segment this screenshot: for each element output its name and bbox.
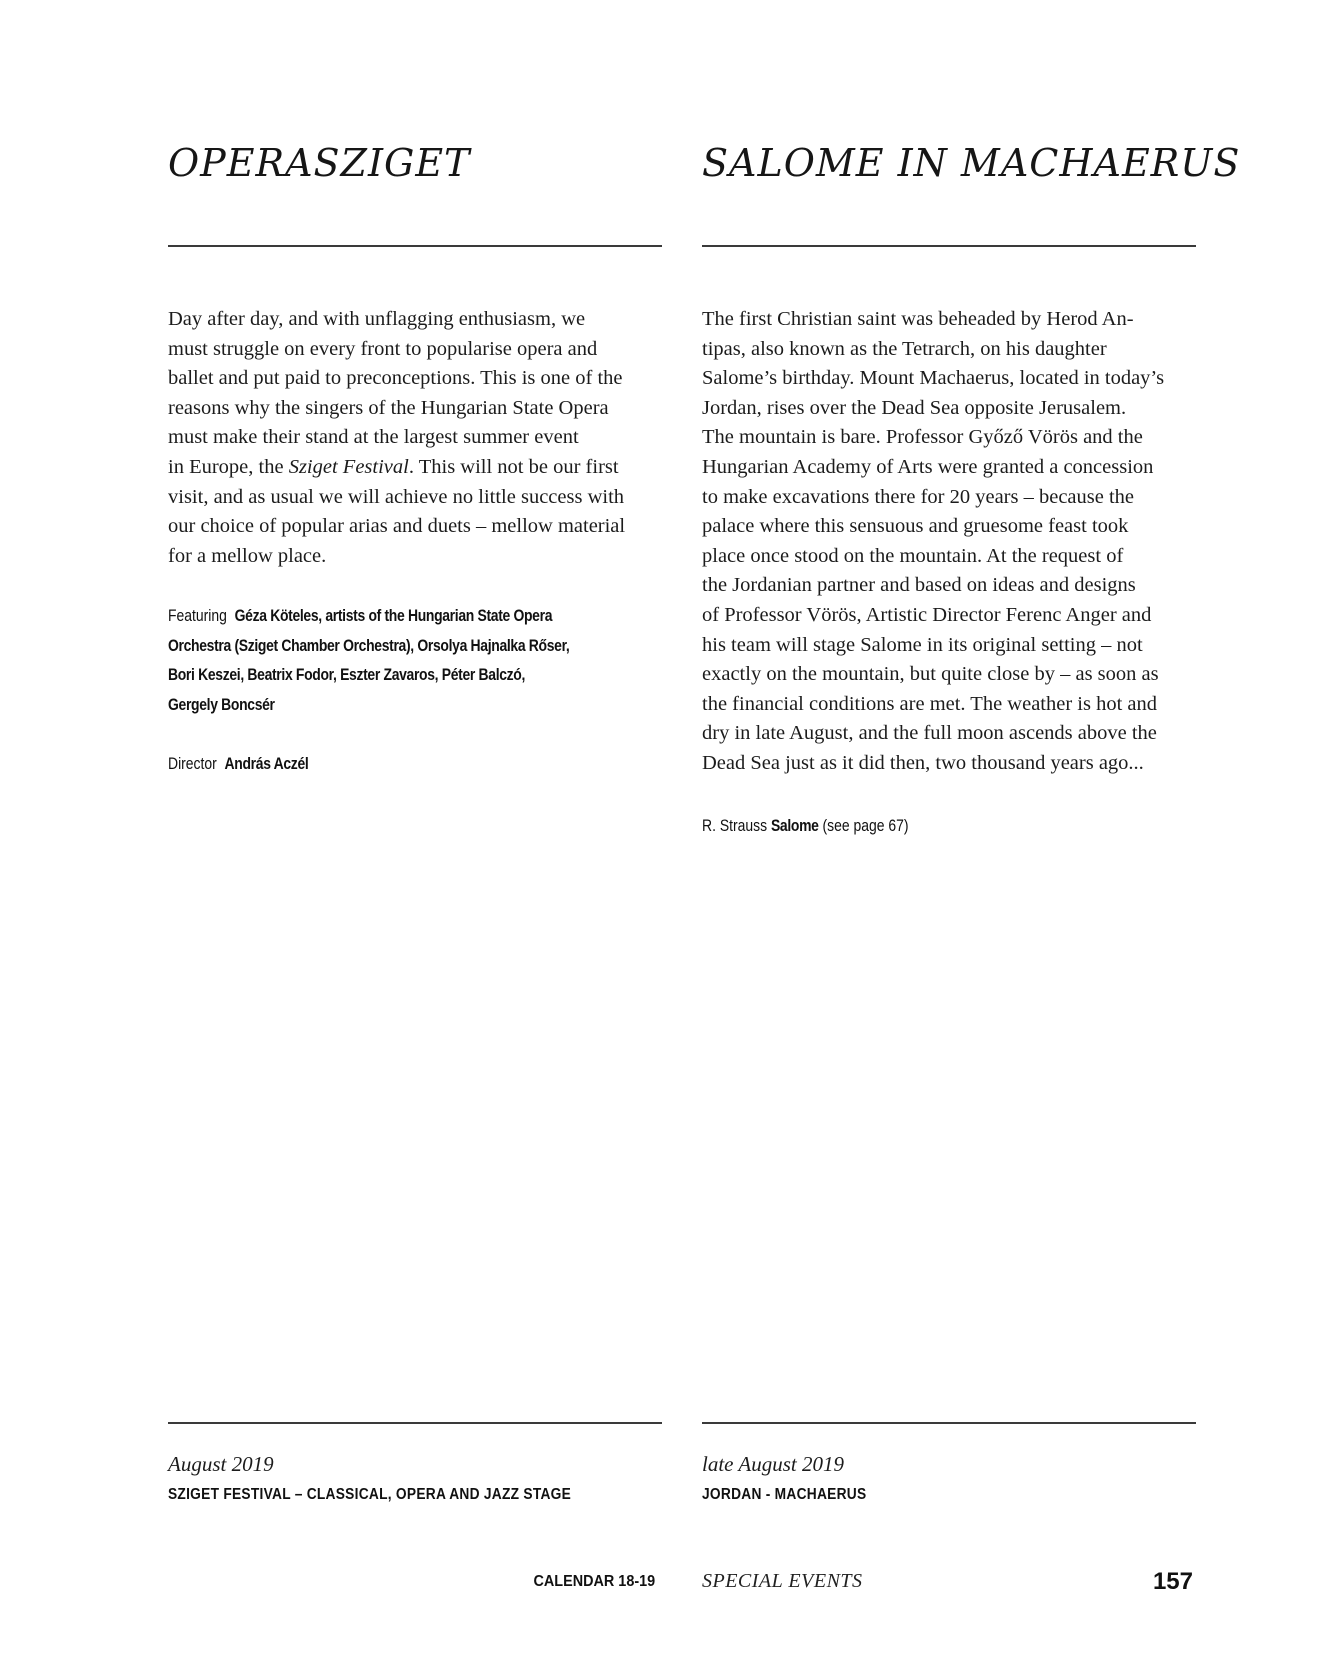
body-line: ballet and put paid to preconceptions. T… bbox=[168, 364, 662, 394]
body-line: reasons why the singers of the Hungarian… bbox=[168, 394, 662, 424]
director-credit: Director András Aczél bbox=[168, 749, 662, 779]
featuring-credits: Featuring Géza Köteles, artists of the H… bbox=[168, 601, 662, 719]
body-line: our choice of popular arias and duets – … bbox=[168, 512, 662, 542]
left-article-body: Day after day, and with unflagging enthu… bbox=[168, 305, 662, 571]
credits-line-inner: Gergely Boncsér bbox=[168, 690, 275, 720]
body-line: in Europe, the Sziget Festival. This wil… bbox=[168, 453, 662, 483]
right-event-date: late August 2019 bbox=[702, 1452, 1196, 1477]
footer-section-label: SPECIAL EVENTS bbox=[702, 1570, 863, 1593]
body-line: the Jordanian partner and based on ideas… bbox=[702, 571, 1196, 601]
body-line: for a mellow place. bbox=[168, 542, 662, 572]
right-bottom-divider bbox=[702, 1422, 1196, 1424]
body-line: the financial conditions are met. The we… bbox=[702, 690, 1196, 720]
body-line: dry in late August, and the full moon as… bbox=[702, 719, 1196, 749]
body-line: The first Christian saint was beheaded b… bbox=[702, 305, 1196, 335]
credits-line-inner: Director András Aczél bbox=[168, 749, 308, 779]
credits-line: Bori Keszei, Beatrix Fodor, Eszter Zavar… bbox=[168, 660, 662, 690]
page-reference: (see page 67) bbox=[819, 816, 909, 835]
body-line: place once stood on the mountain. At the… bbox=[702, 542, 1196, 572]
featuring-names: Bori Keszei, Beatrix Fodor, Eszter Zavar… bbox=[168, 665, 525, 684]
work-title: Salome bbox=[771, 816, 819, 835]
body-line: of Professor Vörös, Artistic Director Fe… bbox=[702, 601, 1196, 631]
body-text-run: in Europe, the bbox=[168, 456, 289, 478]
body-line: visit, and as usual we will achieve no l… bbox=[168, 483, 662, 513]
right-event-venue: JORDAN - MACHAERUS bbox=[702, 1486, 1196, 1504]
body-text-run: . This will not be our first bbox=[409, 456, 619, 478]
credits-line-inner: Bori Keszei, Beatrix Fodor, Eszter Zavar… bbox=[168, 660, 525, 690]
body-line: his team will stage Salome in its origin… bbox=[702, 631, 1196, 661]
left-article-title: OPERASZIGET bbox=[168, 140, 662, 186]
left-top-divider bbox=[168, 245, 662, 247]
left-event-date: August 2019 bbox=[168, 1452, 662, 1477]
credits-line-inner: Featuring Géza Köteles, artists of the H… bbox=[168, 601, 552, 631]
featuring-names: Géza Köteles, artists of the Hungarian S… bbox=[235, 606, 552, 625]
credits-line: Gergely Boncsér bbox=[168, 690, 662, 720]
featuring-names: Orchestra (Sziget Chamber Orchestra), Or… bbox=[168, 636, 569, 655]
director-name: András Aczél bbox=[225, 754, 309, 773]
composer-name: R. Strauss bbox=[702, 816, 771, 835]
body-line: palace where this sensuous and gruesome … bbox=[702, 512, 1196, 542]
work-reference: R. Strauss Salome (see page 67) bbox=[702, 811, 1196, 841]
featuring-names: Gergely Boncsér bbox=[168, 695, 275, 714]
body-line: Salome’s birthday. Mount Machaerus, loca… bbox=[702, 364, 1196, 394]
festival-name-italic: Sziget Festival bbox=[289, 456, 409, 478]
footer-calendar-text: CALENDAR 18-19 bbox=[533, 1573, 655, 1591]
director-label: Director bbox=[168, 754, 217, 773]
credits-line: Orchestra (Sziget Chamber Orchestra), Or… bbox=[168, 631, 662, 661]
right-top-divider bbox=[702, 245, 1196, 247]
body-line: Day after day, and with unflagging enthu… bbox=[168, 305, 662, 335]
body-line: exactly on the mountain, but quite close… bbox=[702, 660, 1196, 690]
left-event-venue: SZIGET FESTIVAL – CLASSICAL, OPERA AND J… bbox=[168, 1486, 662, 1504]
right-event-venue-text: JORDAN - MACHAERUS bbox=[702, 1486, 866, 1504]
body-line: to make excavations there for 20 years –… bbox=[702, 483, 1196, 513]
body-line: must make their stand at the largest sum… bbox=[168, 423, 662, 453]
footer-calendar-label: CALENDAR 18-19 bbox=[520, 1573, 655, 1591]
body-line: must struggle on every front to populari… bbox=[168, 335, 662, 365]
credits-line: Featuring Géza Köteles, artists of the H… bbox=[168, 601, 662, 631]
body-line: Dead Sea just as it did then, two thousa… bbox=[702, 749, 1196, 779]
credits-line: Director András Aczél bbox=[168, 749, 662, 779]
credits-line-inner: Orchestra (Sziget Chamber Orchestra), Or… bbox=[168, 631, 569, 661]
body-line: tipas, also known as the Tetrarch, on hi… bbox=[702, 335, 1196, 365]
body-line: The mountain is bare. Professor Győző Vö… bbox=[702, 423, 1196, 453]
right-article-title: SALOME IN MACHAERUS bbox=[702, 140, 1196, 186]
right-article-body: The first Christian saint was beheaded b… bbox=[702, 305, 1196, 779]
featuring-label: Featuring bbox=[168, 606, 227, 625]
credits-line-inner: R. Strauss Salome (see page 67) bbox=[702, 811, 908, 841]
left-event-venue-text: SZIGET FESTIVAL – CLASSICAL, OPERA AND J… bbox=[168, 1486, 571, 1504]
body-line: Jordan, rises over the Dead Sea opposite… bbox=[702, 394, 1196, 424]
body-line: Hungarian Academy of Arts were granted a… bbox=[702, 453, 1196, 483]
left-bottom-divider bbox=[168, 1422, 662, 1424]
page-number: 157 bbox=[1153, 1568, 1193, 1596]
credits-line: R. Strauss Salome (see page 67) bbox=[702, 811, 1196, 841]
